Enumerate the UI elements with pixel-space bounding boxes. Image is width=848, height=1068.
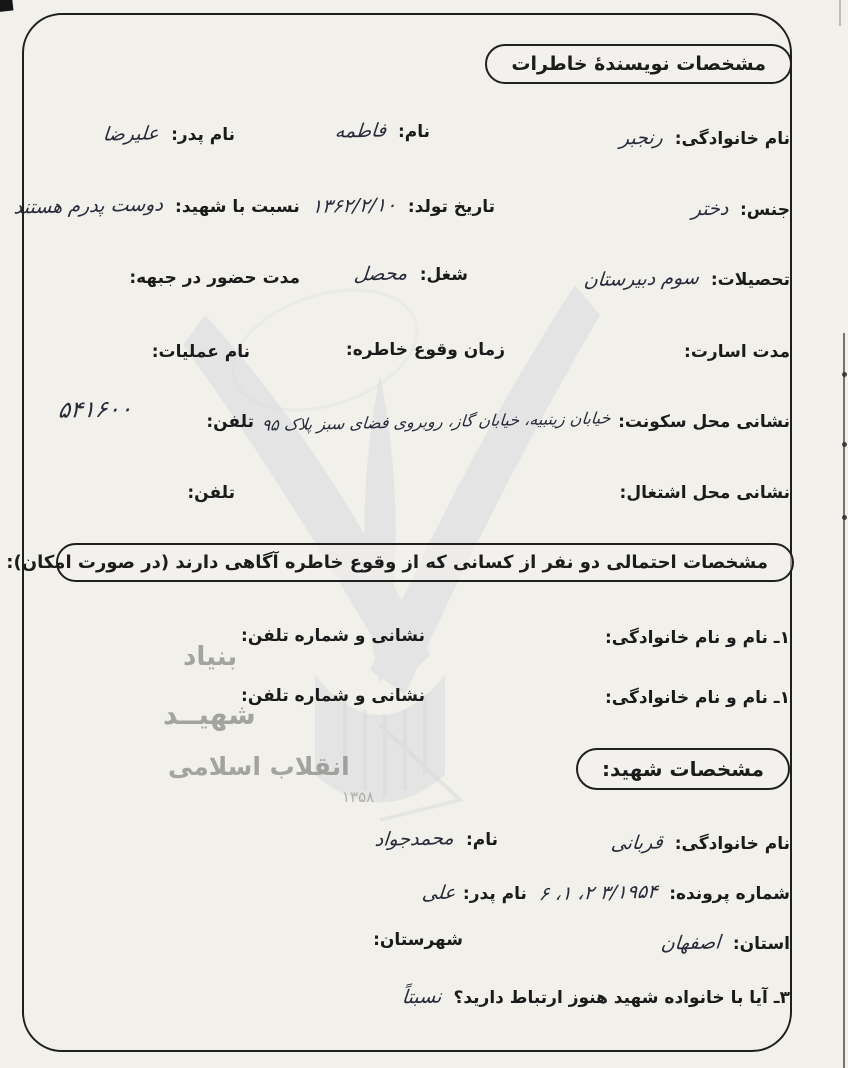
father-name-handwritten-value: علیرضا (102, 122, 160, 145)
scan-edge-mark (839, 0, 841, 26)
work-phone-label: تلفن: (187, 483, 235, 503)
first-name-label: نام: (398, 122, 430, 142)
field-work-phone: تلفن: (187, 483, 235, 503)
file-number-handwritten-value: ۳/۱۹۵۴ ۲، ۱، ۶ (538, 881, 659, 905)
last-name-handwritten-value: رنجبر (619, 127, 664, 150)
field-captivity: مدت اسارت: (684, 342, 790, 362)
martyr-first-name-field: نام: محمدجواد (369, 828, 498, 850)
field-work-address: نشانی محل اشتغال: (620, 483, 790, 503)
martyr-section-header: مشخصات شهید: (576, 748, 790, 790)
field-front-presence: مدت حضور در جبهه: (129, 268, 300, 288)
contact-question-handwritten-answer: نسبتاً (401, 986, 442, 1009)
watermark-year: ۱۳۵۸ (342, 788, 374, 806)
martyr-last-name-label: نام خانوادگی: (675, 834, 790, 854)
father-name-label: نام پدر: (171, 125, 235, 145)
witness2-contact-field: نشانی و شماره تلفن: (241, 686, 425, 706)
witness1-contact-field: نشانی و شماره تلفن: (241, 626, 425, 646)
home-phone-label: تلفن: (206, 412, 254, 432)
field-memory-time: زمان وقوع خاطره: (346, 340, 505, 360)
last-name-label: نام خانوادگی: (675, 129, 790, 149)
field-last-name: نام خانوادگی: رنجبر (614, 127, 790, 149)
field-gender: جنس: دختر (686, 198, 790, 220)
scanned-form-page: بنیاد شهیــد انقلاب اسلامی ۱۳۵۸ مشخصات ن… (0, 0, 848, 1068)
martyr-last-name-field: نام خانوادگی: قربانی (605, 832, 790, 854)
province-label: استان: (733, 934, 790, 954)
first-name-handwritten-value: فاطمه (334, 119, 387, 142)
witness2-contact-label: نشانی و شماره تلفن: (241, 686, 425, 706)
field-first-name: نام: فاطمه (329, 120, 430, 142)
education-handwritten-value: سوم دبیرستان (583, 267, 700, 291)
front-presence-label: مدت حضور در جبهه: (129, 268, 300, 288)
martyr-father-name-label: نام پدر: (463, 884, 527, 904)
writer-section-header: مشخصات نویسندهٔ خاطرات (485, 44, 792, 84)
writer-section-title: مشخصات نویسندهٔ خاطرات (511, 53, 766, 75)
witness1-contact-label: نشانی و شماره تلفن: (241, 626, 425, 646)
martyr-first-name-label: نام: (466, 830, 498, 850)
field-father-name: نام پدر: علیرضا (97, 123, 235, 145)
witness1-name-label: ۱ـ نام و نام خانوادگی: (605, 628, 790, 648)
work-address-label: نشانی محل اشتغال: (620, 483, 790, 503)
contact-question-label: ۳ـ آیا با خانواده شهید هنوز ارتباط دارید… (453, 988, 790, 1008)
relation-handwritten-value: دوست پدرم هستند (13, 193, 164, 218)
watermark-text-line3: انقلاب اسلامی (168, 752, 350, 781)
birth-date-handwritten-value: ۱۳۶۲/۲/۱۰ (311, 194, 397, 218)
gender-label: جنس: (740, 200, 790, 220)
field-home-phone-number: ۵۴۱۶۰۰ (52, 397, 138, 423)
file-number-label: شماره پرونده: (669, 884, 790, 904)
job-label: شغل: (420, 265, 468, 285)
witness-section-header: مشخصات احتمالی دو نفر از کسانی که از وقو… (56, 543, 794, 582)
scan-corner-mark (0, 0, 13, 12)
relation-label: نسبت با شهید: (175, 197, 300, 217)
memory-time-label: زمان وقوع خاطره: (346, 340, 505, 360)
martyr-file-number-field: شماره پرونده: ۳/۱۹۵۴ ۲، ۱، ۶ نام پدر: عل… (420, 882, 790, 904)
job-handwritten-value: محصل (353, 262, 408, 285)
county-label: شهرستان: (373, 930, 463, 950)
province-handwritten-value: اصفهان (660, 931, 722, 954)
martyr-last-name-handwritten-value: قربانی (610, 831, 664, 854)
witness-section-title: مشخصات احتمالی دو نفر از کسانی که از وقو… (6, 552, 768, 573)
martyr-section-title: مشخصات شهید: (602, 757, 764, 781)
home-address-label: نشانی محل سکونت: (618, 412, 790, 432)
gender-handwritten-value: دختر (691, 198, 729, 221)
field-job: شغل: محصل (348, 263, 468, 285)
home-address-handwritten-value: خیابان زینبیه، خیابان گاز، روبروی فضای س… (261, 408, 612, 434)
martyr-first-name-handwritten-value: محمدجواد (374, 827, 455, 851)
witness1-name-field: ۱ـ نام و نام خانوادگی: (605, 628, 790, 648)
education-label: تحصیلات: (711, 270, 790, 290)
martyr-father-name-handwritten-value: علی (421, 882, 456, 905)
martyr-province-field: استان: اصفهان (655, 932, 790, 954)
contact-question-field: ۳ـ آیا با خانواده شهید هنوز ارتباط دارید… (396, 986, 790, 1008)
witness2-name-label: ۱ـ نام و نام خانوادگی: (605, 688, 790, 708)
binding-dot (842, 442, 847, 447)
field-education: تحصیلات: سوم دبیرستان (578, 268, 790, 290)
field-home-address: نشانی محل سکونت: خیابان زینبیه، خیابان گ… (206, 412, 790, 432)
field-birth-and-relation: تاریخ تولد: ۱۳۶۲/۲/۱۰ نسبت با شهید: دوست… (8, 195, 495, 217)
binding-dot (842, 515, 847, 520)
operation-name-label: نام عملیات: (152, 342, 250, 362)
witness2-name-field: ۱ـ نام و نام خانوادگی: (605, 688, 790, 708)
field-operation-name: نام عملیات: (152, 342, 250, 362)
captivity-label: مدت اسارت: (684, 342, 790, 362)
birth-date-label: تاریخ تولد: (408, 197, 495, 217)
binding-dot (842, 372, 847, 377)
martyr-county-field: شهرستان: (373, 930, 463, 950)
home-phone-handwritten-value: ۵۴۱۶۰۰ (57, 396, 133, 424)
watermark-text-line1: بنیاد (183, 642, 237, 672)
